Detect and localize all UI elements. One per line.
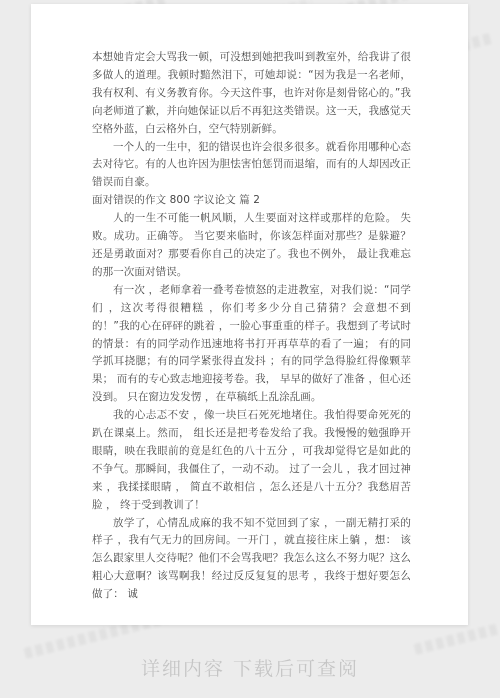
paragraph: 本想她肯定会大骂我一顿，可没想到她把我叫到教室外，给我讲了很多做人的道理。我顿时… — [92, 49, 411, 139]
paragraph: 放学了，心情乱成麻的我不知不觉回到了家 ，一副无精打采的样子 ，我有气无力的回房… — [92, 515, 411, 605]
footer: 详细内容 下载后可查阅 — [0, 625, 500, 698]
download-hint-text: 详细内容 下载后可查阅 — [141, 654, 359, 681]
document-page: 本想她肯定会大骂我一顿，可没想到她把我叫到教室外，给我讲了很多做人的道理。我顿时… — [31, 4, 468, 625]
document-preview: 本想她肯定会大骂我一顿，可没想到她把我叫到教室外，给我讲了很多做人的道理。我顿时… — [0, 0, 500, 698]
paragraph: 一个人的一生中，犯的错误也许会很多很多。就看你用哪种心态去对待它。有的人也许因为… — [92, 139, 411, 193]
paragraph: 人的一生不可能一帆风顺，人生要面对这样或那样的危险。 失败。成功。正确等。 当它… — [92, 210, 411, 282]
document-body: 本想她肯定会大骂我一顿，可没想到她把我叫到教室外，给我讲了很多做人的道理。我顿时… — [92, 49, 411, 604]
paragraph: 有一次 ，老师拿着一叠考卷愤怒的走进教室，对我们说：“同学们 ，这次考得很糟糕 … — [92, 282, 411, 407]
section-heading: 面对错误的作文 800 字议论文 篇 2 — [92, 192, 411, 210]
paragraph: 我的心忐忑不安 ，像一块巨石死死地堵住。我怕得要命死死的趴在课桌上。然而， 组长… — [92, 407, 411, 514]
